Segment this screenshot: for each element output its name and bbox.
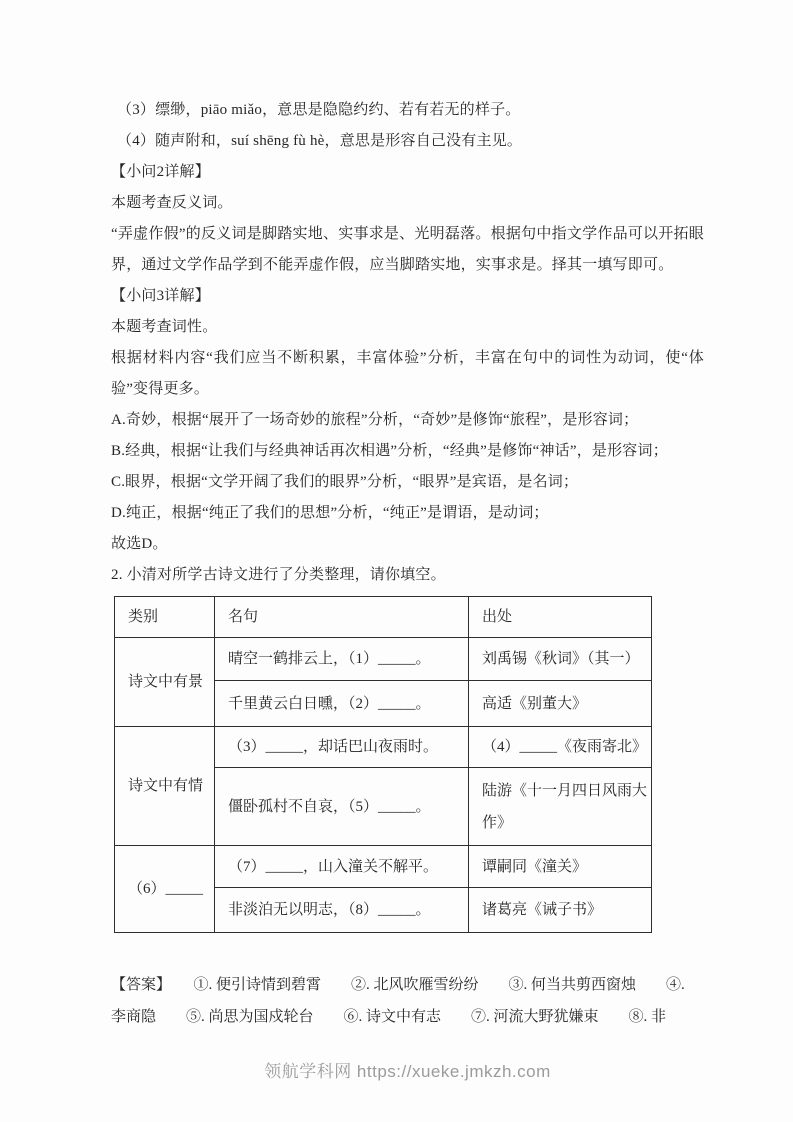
source-cell-2: 高适《别董大》	[469, 681, 652, 727]
subquestion-3-topic: 本题考查词性。	[111, 312, 704, 343]
sentence-cell-6: 非淡泊无以明志，（8）_____。	[215, 888, 469, 933]
document-content: （3）缥缈，piāo miǎo，意思是隐隐约约、若有若无的样子。 （4）随声附和…	[0, 0, 793, 1082]
table-row: （6）_____ （7）_____，山入潼关不解平。 谭嗣同《潼关》	[115, 846, 652, 888]
table-row: 诗文中有情 （3）_____，却话巴山夜雨时。 （4）_____《夜雨寄北》	[115, 727, 652, 768]
option-a-analysis: A.奇妙，根据“展开了一场奇妙的旅程”分析，“奇妙”是修饰“旅程”，是形容词；	[111, 405, 704, 436]
category-cell-emotion: 诗文中有情	[115, 727, 215, 846]
sentence-cell-2: 千里黄云白日曛，（2）_____。	[215, 681, 469, 727]
subquestion-3-analysis: 根据材料内容“我们应当不断积累，丰富体验”分析，丰富在句中的词性为动词，使“体验…	[111, 343, 704, 405]
category-cell-blank-6: （6）_____	[115, 846, 215, 933]
word-note-4: （4）随声附和，suí shēng fù hè，意思是形容自己没有主见。	[111, 126, 704, 157]
source-cell-1: 刘禹锡《秋词》（其一）	[469, 638, 652, 681]
option-c-analysis: C.眼界，根据“文学开阔了我们的眼界”分析，“眼界”是宾语，是名词；	[111, 467, 704, 498]
option-d-analysis: D.纯正，根据“纯正了我们的思想”分析，“纯正”是谓语，是动词；	[111, 498, 704, 529]
answer-section: 【答案】 ①. 便引诗情到碧霄 ②. 北风吹雁雪纷纷 ③. 何当共剪西窗烛 ④.…	[111, 969, 704, 1033]
question-2-title: 2. 小清对所学古诗文进行了分类整理，请你填空。	[111, 560, 704, 591]
table-header-row: 类别 名句 出处	[115, 597, 652, 638]
answer-line-2: 李商隐 ⑤. 尚思为国戍轮台 ⑥. 诗文中有志 ⑦. 河流大野犹嫌束 ⑧. 非	[111, 1001, 704, 1033]
category-cell-scenery: 诗文中有景	[115, 638, 215, 727]
source-cell-4: 陆游《十一月四日风雨大作》	[469, 768, 652, 846]
subquestion-2-analysis: “弄虚作假”的反义词是脚踏实地、实事求是、光明磊落。根据句中指文学作品可以开拓眼…	[111, 219, 704, 281]
source-cell-5: 谭嗣同《潼关》	[469, 846, 652, 888]
subquestion-3-heading: 【小问3详解】	[111, 281, 704, 312]
sentence-cell-3: （3）_____，却话巴山夜雨时。	[215, 727, 469, 768]
header-cell-category: 类别	[115, 597, 215, 638]
poetry-classification-table: 类别 名句 出处 诗文中有景 晴空一鹤排云上，（1）_____。 刘禹锡《秋词》…	[114, 596, 652, 933]
sentence-cell-1: 晴空一鹤排云上，（1）_____。	[215, 638, 469, 681]
chosen-answer: 故选D。	[111, 529, 704, 560]
table-row: 诗文中有景 晴空一鹤排云上，（1）_____。 刘禹锡《秋词》（其一）	[115, 638, 652, 681]
header-cell-sentence: 名句	[215, 597, 469, 638]
source-cell-3: （4）_____《夜雨寄北》	[469, 727, 652, 768]
sentence-cell-4: 僵卧孤村不自哀，（5）_____。	[215, 768, 469, 846]
watermark: 领航学科网 https://xueke.jmkzh.com	[111, 1057, 704, 1082]
header-cell-source: 出处	[469, 597, 652, 638]
word-note-3: （3）缥缈，piāo miǎo，意思是隐隐约约、若有若无的样子。	[111, 95, 704, 126]
option-b-analysis: B.经典，根据“让我们与经典神话再次相遇”分析，“经典”是修饰“神话”，是形容词…	[111, 436, 704, 467]
document-page: （3）缥缈，piāo miǎo，意思是隐隐约约、若有若无的样子。 （4）随声附和…	[0, 0, 793, 1122]
answer-line-1: 【答案】 ①. 便引诗情到碧霄 ②. 北风吹雁雪纷纷 ③. 何当共剪西窗烛 ④.	[111, 969, 704, 1001]
subquestion-2-topic: 本题考查反义词。	[111, 188, 704, 219]
subquestion-2-heading: 【小问2详解】	[111, 157, 704, 188]
source-cell-6: 诸葛亮《诫子书》	[469, 888, 652, 933]
sentence-cell-5: （7）_____，山入潼关不解平。	[215, 846, 469, 888]
